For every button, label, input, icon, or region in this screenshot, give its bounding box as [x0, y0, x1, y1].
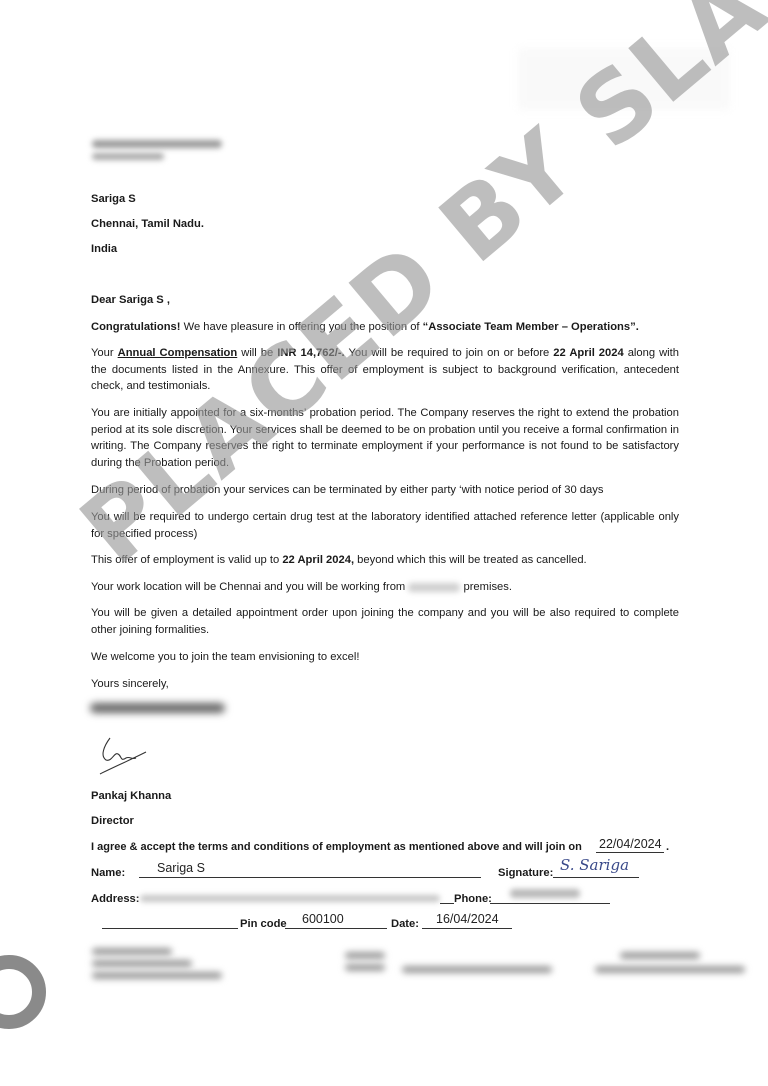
- recipient-country: India: [91, 241, 117, 258]
- address-field-blurred[interactable]: [140, 895, 440, 902]
- annual-compensation-label: Annual Compensation: [118, 347, 238, 359]
- signatory-name: Pankaj Khanna: [91, 788, 171, 805]
- join-date-field[interactable]: 22/04/2024: [599, 837, 662, 851]
- date-label: Date:: [391, 916, 419, 933]
- paragraph-probation: You are initially appointed for a six-mo…: [91, 405, 679, 471]
- paragraph-termination: During period of probation your services…: [91, 482, 679, 499]
- footer-address-blurred: [92, 948, 172, 955]
- side-decoration-icon: [0, 955, 46, 1029]
- footer-cin-blurred: [595, 966, 745, 973]
- p7-text-2: premises.: [460, 581, 512, 593]
- footer-contact-blurred: [345, 964, 385, 971]
- join-deadline: 22 April 2024: [553, 347, 623, 359]
- salutation: Dear Sariga S ,: [91, 292, 170, 309]
- recipient-city: Chennai, Tamil Nadu.: [91, 216, 204, 233]
- date-line: [422, 928, 512, 929]
- acceptance-statement: I agree & accept the terms and condition…: [91, 839, 582, 856]
- pincode-field[interactable]: 600100: [302, 912, 344, 926]
- position-title: “Associate Team Member – Operations”.: [423, 321, 639, 333]
- paragraph-validity: This offer of employment is valid up to …: [91, 552, 679, 569]
- paragraph-drug-test: You will be required to undergo certain …: [91, 509, 679, 542]
- congratulations-lead: Congratulations!: [91, 321, 181, 333]
- name-label: Name:: [91, 865, 125, 882]
- paragraph-welcome: We welcome you to join the team envision…: [91, 649, 679, 666]
- acceptance-period: .: [666, 839, 669, 856]
- paragraph-appointment-order: You will be given a detailed appointment…: [91, 605, 679, 638]
- pincode-label: Pin code: [240, 916, 287, 933]
- p7-text-1: Your work location will be Chennai and y…: [91, 581, 408, 593]
- phone-line: [490, 903, 610, 904]
- paragraph-compensation: Your Annual Compensation will be INR 14,…: [91, 345, 679, 395]
- p1-text: We have pleasure in offering you the pos…: [181, 321, 423, 333]
- phone-label: Phone:: [454, 891, 492, 908]
- signature-field[interactable]: S. Sariga: [560, 856, 629, 874]
- paragraph-location: Your work location will be Chennai and y…: [91, 579, 679, 596]
- pincode-line: [285, 928, 387, 929]
- director-signature-icon: [96, 732, 152, 778]
- name-field[interactable]: Sariga S: [157, 861, 205, 875]
- letter-date-blurred: [92, 153, 164, 160]
- watermark: PLACED BY SLA: [60, 37, 684, 586]
- name-line: [139, 877, 481, 878]
- footer-cin-blurred: [620, 952, 700, 959]
- signature-label: Signature:: [498, 865, 553, 882]
- reference-line-blurred: [92, 140, 222, 148]
- signature-line: [553, 877, 639, 878]
- footer-contact-blurred: [345, 952, 385, 959]
- closing: Yours sincerely,: [91, 676, 679, 693]
- footer-address-blurred: [92, 972, 222, 979]
- company-name-blurred: [408, 583, 460, 592]
- offer-letter-page: Sariga S Chennai, Tamil Nadu. India Dear…: [0, 0, 768, 1086]
- recipient-name: Sariga S: [91, 191, 136, 208]
- signatory-title: Director: [91, 813, 134, 830]
- p6-text-2: beyond which this will be treated as can…: [354, 554, 587, 566]
- date-field[interactable]: 16/04/2024: [436, 912, 499, 926]
- p6-text-1: This offer of employment is valid up to: [91, 554, 282, 566]
- join-date-line: [596, 852, 664, 853]
- footer-address-blurred: [92, 960, 192, 967]
- phone-field-blurred[interactable]: [510, 889, 580, 898]
- address-label: Address:: [91, 891, 140, 908]
- p2-text-3: You will be required to join on or befor…: [345, 347, 554, 359]
- paragraph-congratulations: Congratulations! We have pleasure in off…: [91, 319, 679, 336]
- compensation-amount: INR 14,762/-.: [277, 347, 344, 359]
- address-line: [440, 903, 454, 904]
- footer-contact-blurred: [402, 966, 552, 973]
- validity-date: 22 April 2024,: [282, 554, 354, 566]
- company-logo-blurred: [518, 48, 730, 110]
- p2-text-1: Your: [91, 347, 118, 359]
- company-name-blurred: [90, 703, 225, 713]
- p2-text-2: will be: [237, 347, 277, 359]
- address-line-2: [102, 928, 238, 929]
